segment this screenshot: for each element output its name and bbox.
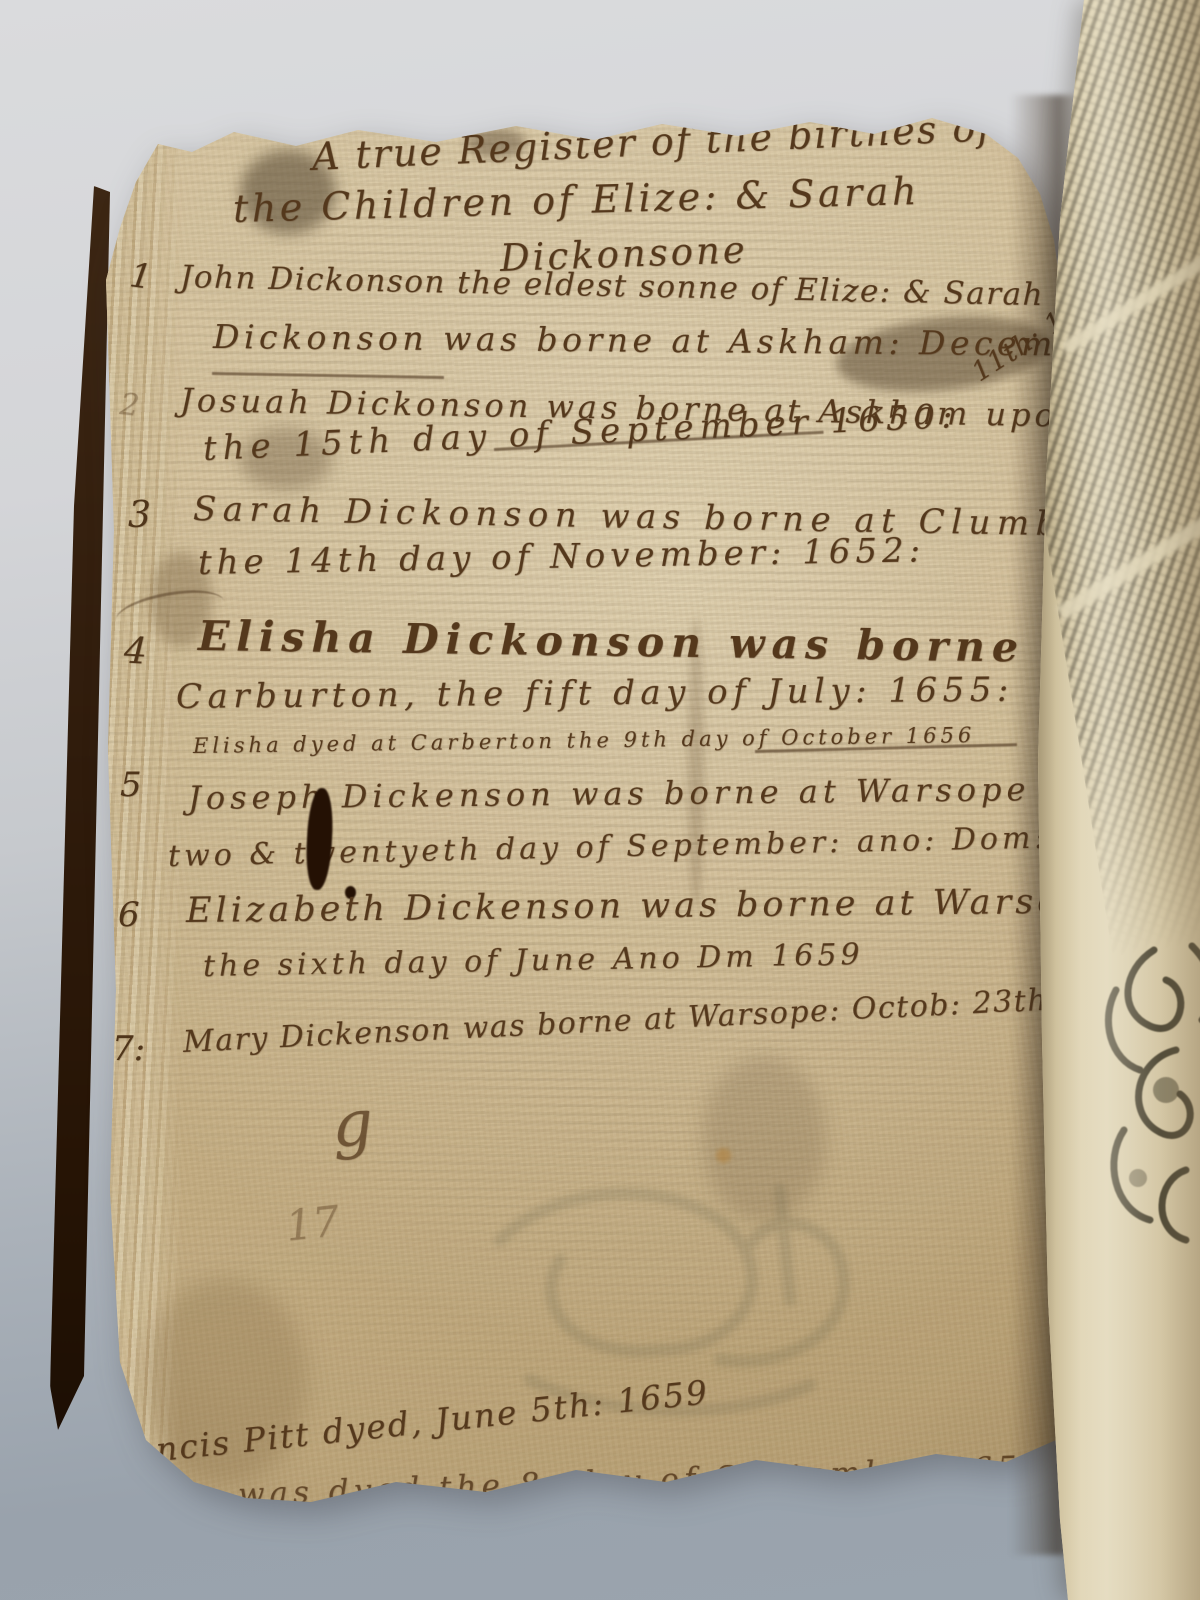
photo-open-book: { "manuscript": { "title": { "line1": "A… <box>0 0 1200 1600</box>
page-curl-highlight <box>1020 0 1200 1600</box>
printed-page-wrap <box>0 0 1200 1600</box>
printed-page <box>1020 0 1200 1600</box>
